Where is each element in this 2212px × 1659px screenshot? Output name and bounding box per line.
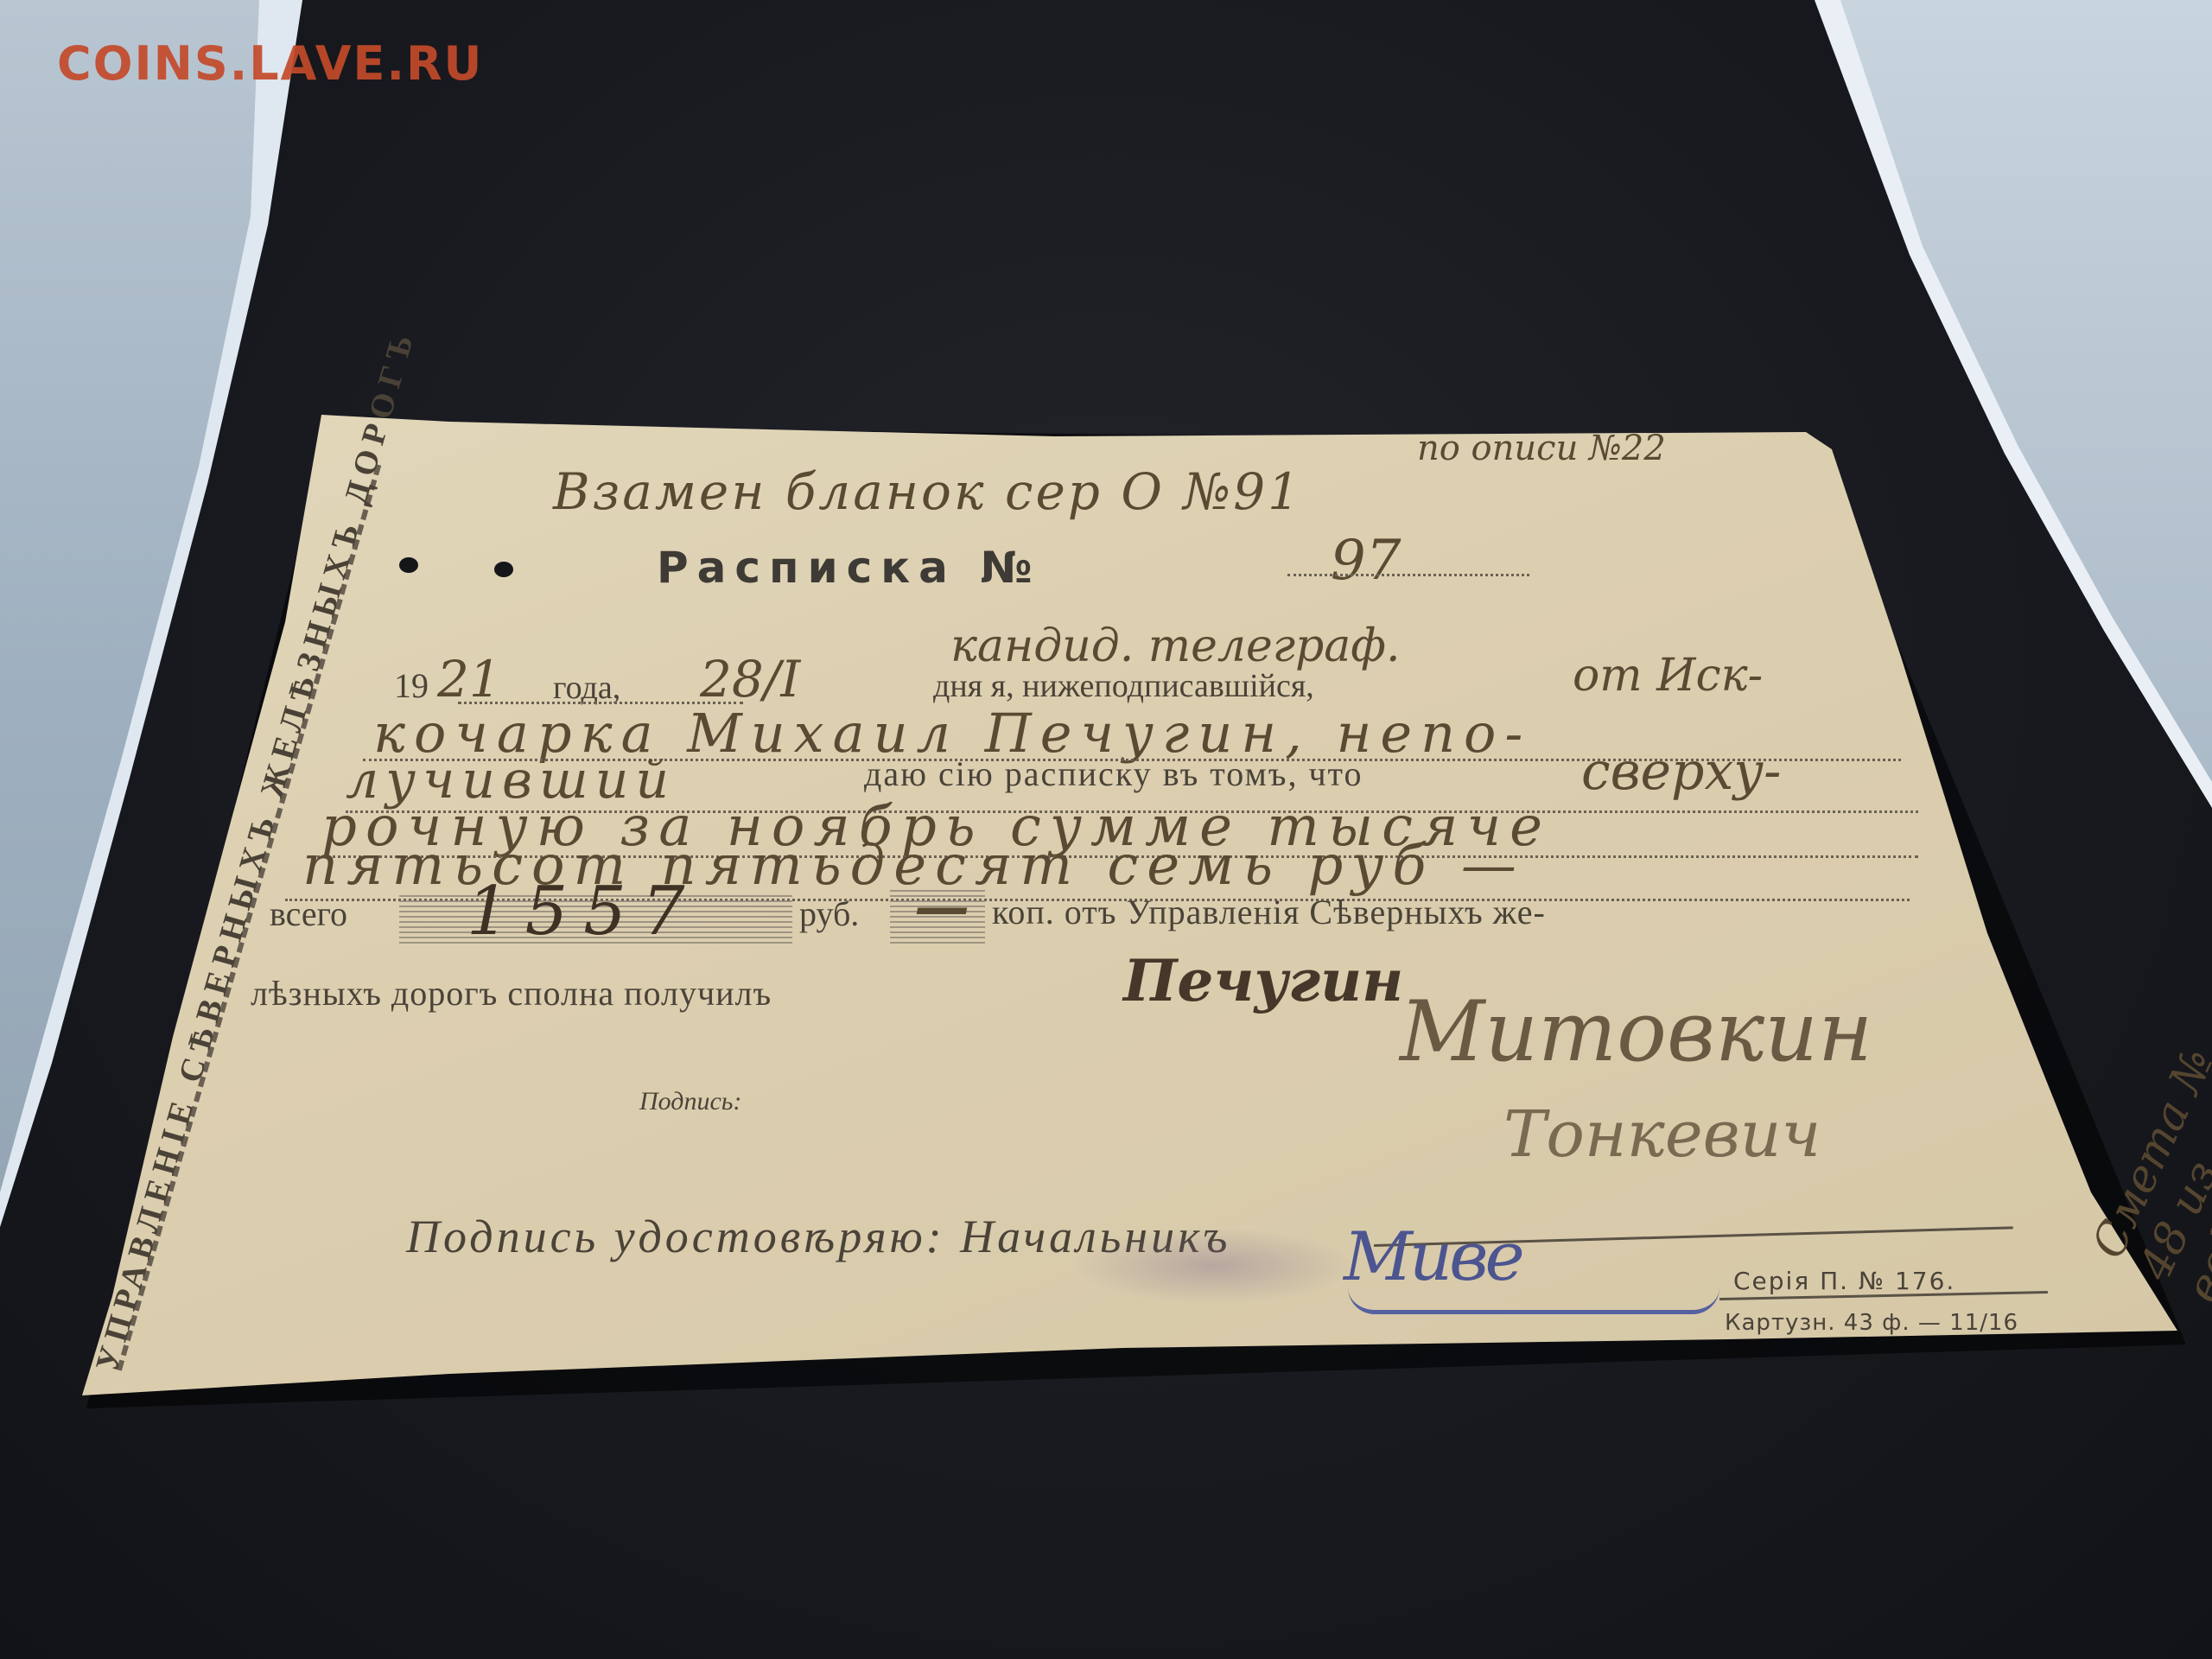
rub-label: руб. (799, 893, 859, 934)
official-signature-1: Митовкин (1400, 983, 1872, 1080)
receipt-title: Расписка № (657, 543, 1040, 593)
official-signature-2: Тонкевич (1503, 1097, 1821, 1172)
signature-label: Подпись: (639, 1087, 741, 1116)
kopeck-label: коп. отъ Управленія Сѣверныхъ же- (992, 892, 1546, 932)
ink-smudge (1071, 1227, 1357, 1305)
top-note-left: Взамен бланок сер О №91 (553, 462, 1302, 521)
kopeck-value: — (914, 874, 969, 939)
position-note: кандид. телеграф. (950, 620, 1401, 672)
watermark-text: COINS.LAVE.RU (57, 36, 483, 91)
right-margin-note: Смета № 48 из ведомости 159 (2082, 1001, 2212, 1332)
receiver-signature: Печугин (1123, 947, 1403, 1014)
line3-hand-end: сверху- (1581, 741, 1781, 802)
series-label: Серія П. № 176. (1733, 1267, 1955, 1295)
date-value: 28/I (700, 650, 800, 709)
top-note-right: по описи №22 (1417, 429, 1666, 468)
photo-scene: УПРАВЛЕНІЕ СѢВЕРНЫХЪ ЖЕЛѢЗНЫХЪ ДОРОГЪ по… (0, 0, 2212, 1659)
line3-print: даю сію расписку въ томъ, что (864, 753, 1363, 794)
receipt-number: 97 (1331, 529, 1401, 593)
year-suffix: 21 (437, 650, 501, 709)
stamp-underline (1348, 1287, 1719, 1314)
number-line (1287, 574, 1529, 576)
total-rubles: 1557 (467, 873, 701, 950)
receipt-document: УПРАВЛЕНІЕ СѢВЕРНЫХЪ ЖЕЛѢЗНЫХЪ ДОРОГЪ по… (0, 0, 2212, 1659)
stamp-signature: Миве (1344, 1218, 1522, 1296)
punch-hole (399, 557, 418, 573)
day-label: дня я, нижеподписавшійся, (933, 667, 1314, 705)
printer-label: Картузн. 43 ф. — 11/16 (1725, 1310, 2018, 1336)
line1-hand: от Иск- (1573, 650, 1763, 702)
punch-hole (494, 562, 513, 577)
line7-print: лѣзныхъ дорогъ сполна получилъ (251, 973, 772, 1014)
total-label: всего (270, 893, 347, 934)
year-prefix: 19 (394, 665, 429, 706)
